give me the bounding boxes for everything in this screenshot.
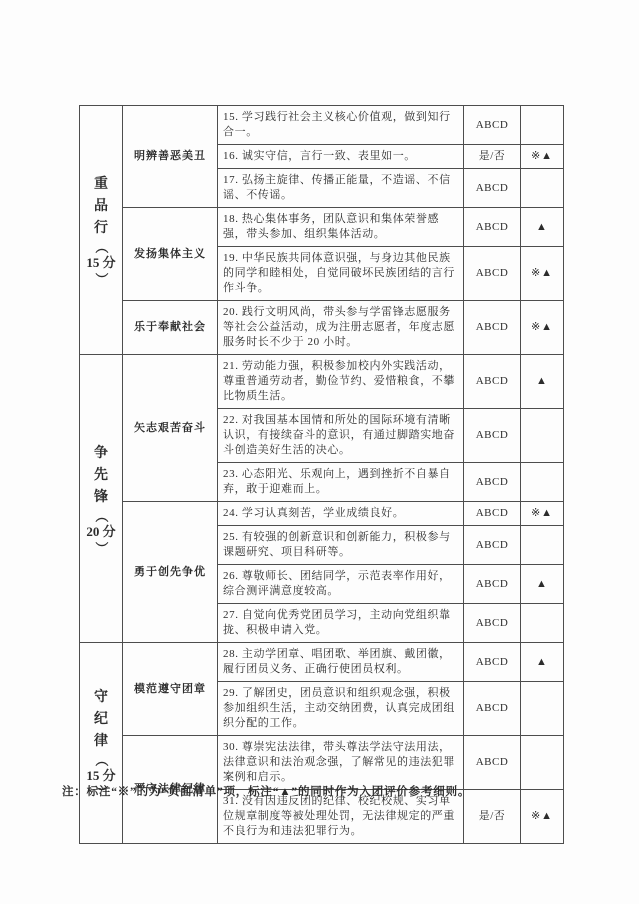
rating-cell: ABCD <box>464 247 521 301</box>
rating-cell: ABCD <box>464 502 521 526</box>
category-char: 先 <box>80 465 122 487</box>
marks-cell <box>521 409 564 463</box>
table-row: 勇于创先争优24. 学习认真刻苦，学业成绩良好。ABCD※▲ <box>80 502 564 526</box>
marks-cell <box>521 106 564 145</box>
category-char: 重 <box>80 174 122 196</box>
subcategory-cell: 勇于创先争优 <box>123 502 218 643</box>
subcategory-cell: 矢志艰苦奋斗 <box>123 355 218 502</box>
item-text-cell: 18. 热心集体事务，团队意识和集体荣誉感强，带头参加、组织集体活动。 <box>218 208 464 247</box>
category-cell: 争先锋（20 分） <box>80 355 123 643</box>
rubric-table-body: 重品行（15 分）明辨善恶美丑15. 学习践行社会主义核心价值观，做到知行合一。… <box>80 106 564 844</box>
scanned-evaluation-page: 重品行（15 分）明辨善恶美丑15. 学习践行社会主义核心价值观，做到知行合一。… <box>0 0 639 904</box>
item-text-cell: 22. 对我国基本国情和所处的国际环境有清晰认识，有接续奋斗的意识，有通过脚踏实… <box>218 409 464 463</box>
rating-cell: ABCD <box>464 463 521 502</box>
rating-cell: ABCD <box>464 643 521 682</box>
subcategory-cell: 模范遵守团章 <box>123 643 218 736</box>
rating-cell: ABCD <box>464 682 521 736</box>
item-text-cell: 19. 中华民族共同体意识强，与身边其他民族的同学和睦相处，自觉同破坏民族团结的… <box>218 247 464 301</box>
category-char: 品 <box>80 196 122 218</box>
item-text-cell: 15. 学习践行社会主义核心价值观，做到知行合一。 <box>218 106 464 145</box>
marks-cell <box>521 736 564 790</box>
rating-cell: ABCD <box>464 526 521 565</box>
rating-cell: ABCD <box>464 409 521 463</box>
category-char: 争 <box>80 443 122 465</box>
vertical-close-paren: ） <box>94 258 108 300</box>
rating-cell: ABCD <box>464 208 521 247</box>
marks-cell <box>521 526 564 565</box>
table-row: 乐于奉献社会20. 践行文明风尚，带头参与学雷锋志愿服务等社会公益活动，成为注册… <box>80 301 564 355</box>
item-text-cell: 21. 劳动能力强，积极参加校内外实践活动，尊重普通劳动者，勤俭节约、爱惜粮食，… <box>218 355 464 409</box>
rating-cell: ABCD <box>464 604 521 643</box>
rating-cell: 是/否 <box>464 145 521 169</box>
item-text-cell: 20. 践行文明风尚，带头参与学雷锋志愿服务等社会公益活动，成为注册志愿者，年度… <box>218 301 464 355</box>
category-cell: 重品行（15 分） <box>80 106 123 355</box>
marks-cell <box>521 682 564 736</box>
item-text-cell: 24. 学习认真刻苦，学业成绩良好。 <box>218 502 464 526</box>
marks-cell: ▲ <box>521 208 564 247</box>
marks-cell: ※▲ <box>521 301 564 355</box>
vertical-close-paren: ） <box>94 527 108 569</box>
marks-cell: ▲ <box>521 355 564 409</box>
item-text-cell: 25. 有较强的创新意识和创新能力，积极参与课题研究、项目科研等。 <box>218 526 464 565</box>
footnote: 注：标注“※”的为“负面清单”项，标注“▲”的同时作为入团评价参考细则。 <box>62 784 582 800</box>
marks-cell: ▲ <box>521 643 564 682</box>
rating-cell: ABCD <box>464 106 521 145</box>
marks-cell: ※▲ <box>521 247 564 301</box>
table-row: 严守法律纪律30. 尊崇宪法法律，带头尊法学法守法用法，法律意识和法治观念强，了… <box>80 736 564 790</box>
item-text-cell: 30. 尊崇宪法法律，带头尊法学法守法用法，法律意识和法治观念强，了解常见的违法… <box>218 736 464 790</box>
item-text-cell: 29. 了解团史，团员意识和组织观念强，积极参加组织生活，主动交纳团费，认真完成… <box>218 682 464 736</box>
rating-cell: ABCD <box>464 301 521 355</box>
subcategory-cell: 乐于奉献社会 <box>123 301 218 355</box>
category-char: 纪 <box>80 709 122 731</box>
marks-cell <box>521 463 564 502</box>
marks-cell: ※▲ <box>521 145 564 169</box>
marks-cell: ※▲ <box>521 502 564 526</box>
subcategory-cell: 明辨善恶美丑 <box>123 106 218 208</box>
rating-cell: ABCD <box>464 736 521 790</box>
category-cell: 守纪律（15 分） <box>80 643 123 844</box>
category-char: 守 <box>80 687 122 709</box>
rating-cell: ABCD <box>464 355 521 409</box>
item-text-cell: 16. 诚实守信，言行一致、表里如一。 <box>218 145 464 169</box>
rating-cell: ABCD <box>464 169 521 208</box>
item-text-cell: 26. 尊敬师长、团结同学，示范表率作用好，综合测评满意度较高。 <box>218 565 464 604</box>
item-text-cell: 17. 弘扬主旋律、传播正能量，不造谣、不信谣、不传谣。 <box>218 169 464 208</box>
rating-cell: ABCD <box>464 565 521 604</box>
evaluation-rubric-table: 重品行（15 分）明辨善恶美丑15. 学习践行社会主义核心价值观，做到知行合一。… <box>79 105 564 844</box>
item-text-cell: 28. 主动学团章、唱团歌、举团旗、戴团徽，履行团员义务、正确行使团员权利。 <box>218 643 464 682</box>
marks-cell: ▲ <box>521 565 564 604</box>
table-row: 争先锋（20 分）矢志艰苦奋斗21. 劳动能力强，积极参加校内外实践活动，尊重普… <box>80 355 564 409</box>
item-text-cell: 23. 心态阳光、乐观向上，遇到挫折不自暴自弃，敢于迎难而上。 <box>218 463 464 502</box>
table-row: 发扬集体主义18. 热心集体事务，团队意识和集体荣誉感强，带头参加、组织集体活动… <box>80 208 564 247</box>
marks-cell <box>521 604 564 643</box>
marks-cell <box>521 169 564 208</box>
subcategory-cell: 发扬集体主义 <box>123 208 218 301</box>
table-row: 重品行（15 分）明辨善恶美丑15. 学习践行社会主义核心价值观，做到知行合一。… <box>80 106 564 145</box>
item-text-cell: 27. 自觉向优秀党团员学习，主动向党组织靠拢、积极申请入党。 <box>218 604 464 643</box>
table-row: 守纪律（15 分）模范遵守团章28. 主动学团章、唱团歌、举团旗、戴团徽，履行团… <box>80 643 564 682</box>
